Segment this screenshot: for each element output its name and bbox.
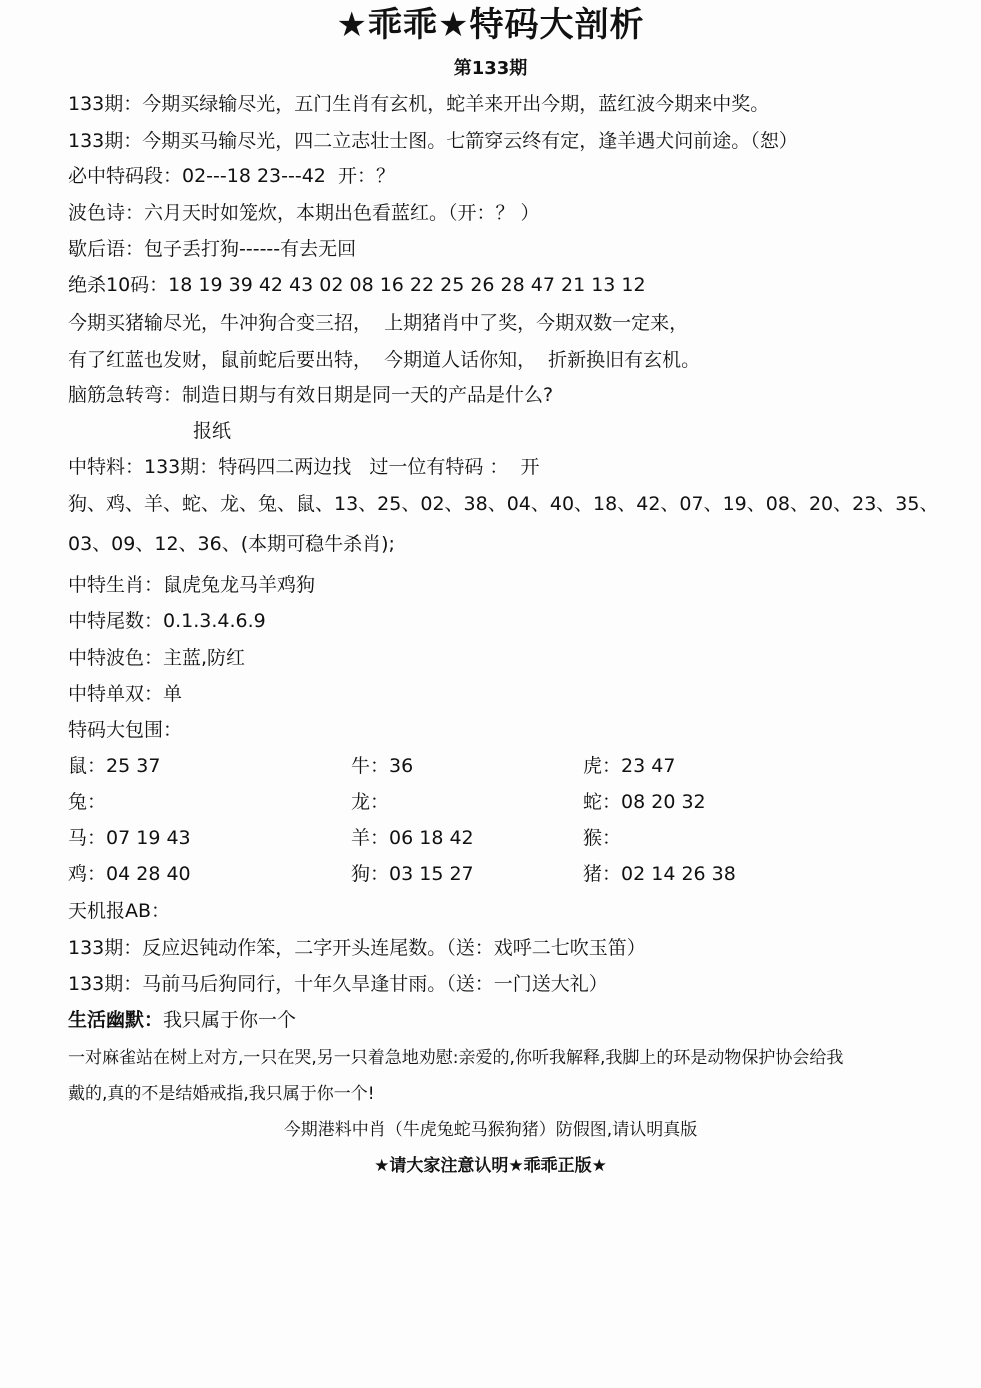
zodiac-cell: 羊：06 18 42 (351, 824, 474, 852)
tail-numbers: 中特尾数：0.1.3.4.6.9 (68, 607, 266, 635)
color-poem: 波色诗：六月天时如笼炊，本期出色看蓝红。（开：？ ） (68, 199, 540, 227)
xiehouyu: 歇后语：包子丢打狗------有去无回 (68, 235, 356, 263)
odd-even: 中特单双：单 (68, 680, 182, 708)
humor-body-2: 戴的,真的不是结婚戒指,我只属于你一个! (68, 1080, 375, 1108)
zodiac-cell: 马：07 19 43 (68, 824, 191, 852)
document-page: ★乖乖★特码大剖析 第133期 133期：今期买绿输尽光，五门生肖有玄机，蛇羊来… (0, 0, 981, 1388)
wave-color: 中特波色：主蓝,防红 (68, 644, 245, 672)
verse-line-2: 有了红蓝也发财，鼠前蛇后要出特， 今期道人话你知， 折新换旧有玄机。 (68, 346, 700, 374)
verse-line-1: 今期买猪输尽光，牛冲狗合变三招， 上期猪肖中了奖，今期双数一定来， (68, 309, 688, 337)
zodiac-cell: 猴： (583, 824, 621, 852)
zodiac-cell: 狗：03 15 27 (351, 860, 474, 888)
zodiac-table-row: 马：07 19 43 羊：06 18 42 猴： (68, 824, 948, 852)
footer-slogan: ★请大家注意认明★乖乖正版★ (0, 1153, 981, 1179)
zodiac-table-row: 兔： 龙： 蛇：08 20 32 (68, 788, 948, 816)
zodiac-cell: 鼠：25 37 (68, 752, 160, 780)
poem-line-2: 133期：今期买马输尽光，四二立志壮士图。七箭穿云终有定，逢羊遇犬问前途。（恕） (68, 127, 798, 155)
zodiac-table-row: 鸡：04 28 40 狗：03 15 27 猪：02 14 26 38 (68, 860, 948, 888)
humor-heading: 生活幽默：我只属于你一个 (68, 1006, 296, 1034)
tianji-line-2: 133期：马前马后狗同行，十年久旱逢甘雨。（送：一门送大礼） (68, 970, 608, 998)
issue-number: 第133期 (0, 56, 981, 82)
humor-body-1: 一对麻雀站在树上对方,一只在哭,另一只着急地劝慰:亲爱的,你听我解释,我脚上的环… (68, 1044, 843, 1072)
riddle-answer: 报纸 (193, 417, 231, 445)
must-hit-segment: 必中特码段：02---18 23---42 开：？ (68, 162, 395, 190)
zodiac-cell: 虎：23 47 (583, 752, 675, 780)
zhongteliao: 中特料：133期：特码四二两边找 过一位有特码 ： 开 (68, 453, 540, 481)
tianji-heading: 天机报AB： (68, 897, 170, 925)
zodiac-pick: 中特生肖：鼠虎兔龙马羊鸡狗 (68, 571, 315, 599)
tianji-line-1: 133期：反应迟钝动作笨，二字开头连尾数。（送：戏呼二七吹玉笛） (68, 934, 646, 962)
humor-label: 生活幽默： (68, 1009, 163, 1031)
zodiac-cell: 龙： (351, 788, 389, 816)
zodiac-cell: 蛇：08 20 32 (583, 788, 706, 816)
zodiac-cell: 牛：36 (351, 752, 413, 780)
zodiac-cell: 猪：02 14 26 38 (583, 860, 736, 888)
zodiac-table-row: 鼠：25 37 牛：36 虎：23 47 (68, 752, 948, 780)
kill-10-codes: 绝杀10码：18 19 39 42 43 02 08 16 22 25 26 2… (68, 271, 646, 299)
page-title: ★乖乖★特码大剖析 (0, 2, 981, 48)
poem-line-1: 133期：今期买绿输尽光，五门生肖有玄机，蛇羊来开出今期，蓝红波今期来中奖。 (68, 90, 769, 118)
numbers-line-1: 狗、鸡、羊、蛇、龙、兔、鼠、13、25、02、38、04、40、18、42、07… (68, 490, 938, 518)
humor-title: 我只属于你一个 (163, 1009, 296, 1031)
numbers-line-2: 03、09、12、36、(本期可稳牛杀肖); (68, 530, 395, 558)
riddle: 脑筋急转弯：制造日期与有效日期是同一天的产品是什么? (68, 381, 553, 409)
big-cover-heading: 特码大包围： (68, 716, 182, 744)
zodiac-cell: 兔： (68, 788, 106, 816)
footer-note: 今期港料中肖（牛虎兔蛇马猴狗猪）防假图,请认明真版 (0, 1117, 981, 1143)
zodiac-cell: 鸡：04 28 40 (68, 860, 191, 888)
